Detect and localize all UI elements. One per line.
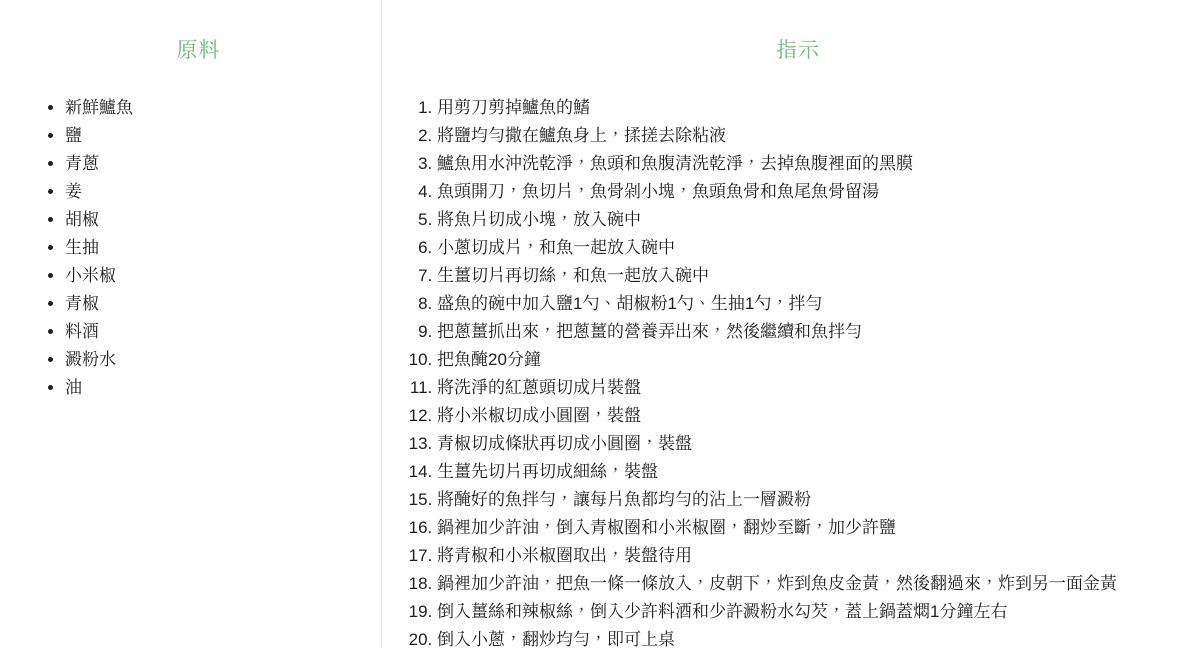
instruction-step: 魚頭開刀，魚切片，魚骨剁小塊，魚頭魚骨和魚尾魚骨留湯 xyxy=(437,178,1192,206)
recipe-detail-view: 原料 新鮮鱸魚鹽青蔥姜胡椒生抽小米椒青椒料酒澱粉水油 指示 用剪刀剪掉鱸魚的鰭將… xyxy=(0,0,1200,648)
instruction-step: 盛魚的碗中加入鹽1勺、胡椒粉1勺、生抽1勺，拌勻 xyxy=(437,290,1192,318)
ingredient-item: 青椒 xyxy=(65,290,369,318)
instruction-step: 鱸魚用水沖洗乾淨，魚頭和魚腹清洗乾淨，去掉魚腹裡面的黑膜 xyxy=(437,150,1192,178)
ingredient-item: 油 xyxy=(65,374,369,402)
instruction-step: 用剪刀剪掉鱸魚的鰭 xyxy=(437,94,1192,122)
instruction-step: 倒入薑絲和辣椒絲，倒入少許料酒和少許澱粉水勾芡，蓋上鍋蓋燜1分鐘左右 xyxy=(437,598,1192,626)
instruction-step: 將青椒和小米椒圈取出，裝盤待用 xyxy=(437,542,1192,570)
ingredient-item: 小米椒 xyxy=(65,262,369,290)
instruction-step: 鍋裡加少許油，倒入青椒圈和小米椒圈，翻炒至斷，加少許鹽 xyxy=(437,514,1192,542)
instructions-panel: 指示 用剪刀剪掉鱸魚的鰭將鹽均勻撒在鱸魚身上，揉搓去除粘液鱸魚用水沖洗乾淨，魚頭… xyxy=(382,0,1200,648)
ingredient-item: 鹽 xyxy=(65,122,369,150)
instructions-list: 用剪刀剪掉鱸魚的鰭將鹽均勻撒在鱸魚身上，揉搓去除粘液鱸魚用水沖洗乾淨，魚頭和魚腹… xyxy=(404,94,1192,648)
ingredient-item: 料酒 xyxy=(65,318,369,346)
instruction-step: 將小米椒切成小圓圈，裝盤 xyxy=(437,402,1192,430)
instructions-title: 指示 xyxy=(404,34,1192,64)
ingredient-item: 胡椒 xyxy=(65,206,369,234)
instruction-step: 青椒切成條狀再切成小圓圈，裝盤 xyxy=(437,430,1192,458)
instruction-step: 倒入小蔥，翻炒均勻，即可上桌 xyxy=(437,626,1192,648)
instruction-step: 生薑切片再切絲，和魚一起放入碗中 xyxy=(437,262,1192,290)
instruction-step: 把魚醃20分鐘 xyxy=(437,346,1192,374)
instruction-step: 將醃好的魚拌勻，讓每片魚都均勻的沾上一層澱粉 xyxy=(437,486,1192,514)
ingredient-item: 青蔥 xyxy=(65,150,369,178)
ingredients-list: 新鮮鱸魚鹽青蔥姜胡椒生抽小米椒青椒料酒澱粉水油 xyxy=(28,94,369,402)
instruction-step: 小蔥切成片，和魚一起放入碗中 xyxy=(437,234,1192,262)
instruction-step: 將鹽均勻撒在鱸魚身上，揉搓去除粘液 xyxy=(437,122,1192,150)
instruction-step: 將魚片切成小塊，放入碗中 xyxy=(437,206,1192,234)
instruction-step: 把蔥薑抓出來，把蔥薑的營養弄出來，然後繼續和魚拌勻 xyxy=(437,318,1192,346)
ingredient-item: 姜 xyxy=(65,178,369,206)
instruction-step: 將洗淨的紅蔥頭切成片裝盤 xyxy=(437,374,1192,402)
instruction-step: 生薑先切片再切成細絲，裝盤 xyxy=(437,458,1192,486)
ingredients-panel: 原料 新鮮鱸魚鹽青蔥姜胡椒生抽小米椒青椒料酒澱粉水油 xyxy=(0,0,381,648)
ingredient-item: 新鮮鱸魚 xyxy=(65,94,369,122)
ingredients-title: 原料 xyxy=(28,34,369,64)
ingredient-item: 澱粉水 xyxy=(65,346,369,374)
instruction-step: 鍋裡加少許油，把魚一條一條放入，皮朝下，炸到魚皮金黃，然後翻過來，炸到另一面金黃 xyxy=(437,570,1192,598)
ingredient-item: 生抽 xyxy=(65,234,369,262)
